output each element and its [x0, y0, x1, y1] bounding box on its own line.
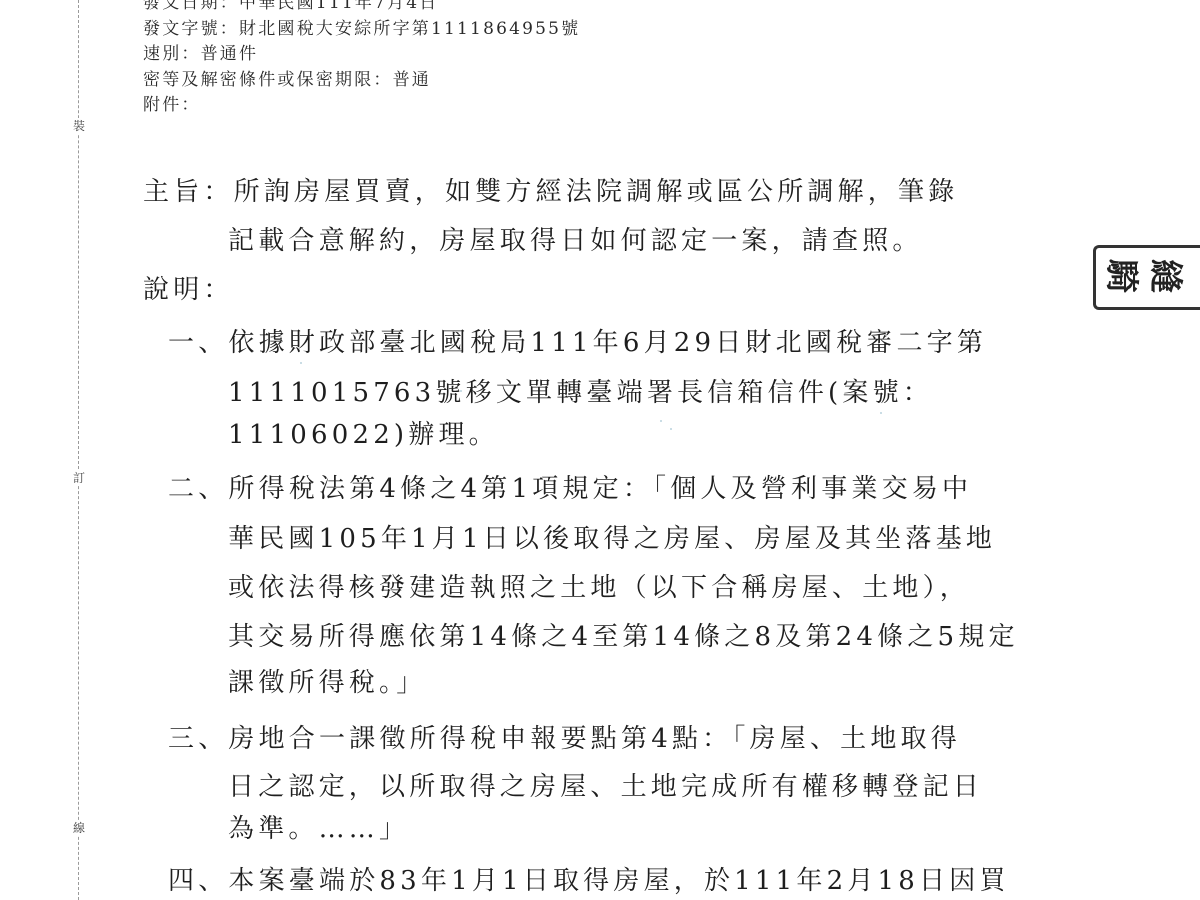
attachments: 附件： [143, 93, 580, 119]
delivery-speed: 速別：普通件 [143, 42, 580, 68]
stamp-char-1: 騎 [1101, 259, 1141, 293]
scan-speck [300, 362, 302, 364]
binding-line [78, 0, 79, 900]
classification-level: 密等及解密條件或保密期限：普通 [143, 68, 580, 94]
item-1-line-2: 1111015763號移文單轉臺端署長信箱信件(案號： [228, 376, 933, 410]
item-3-line-2: 日之認定，以所取得之房屋、土地完成所有權移轉登記日 [228, 770, 983, 804]
item-1-line-1: 一、依據財政部臺北國稅局111年6月29日財北國稅審二字第 [168, 326, 987, 360]
binding-label-ding: 訂 [70, 470, 88, 486]
issue-date: 發文日期：中華民國111年7月4日 [143, 0, 580, 17]
item-4-line-1: 四、本案臺端於83年1月1日取得房屋，於111年2月18日因買 [168, 864, 1010, 898]
item-3-line-1: 三、房地合一課徵所得稅申報要點第4點：「房屋、土地取得 [168, 722, 961, 756]
subject-line-1: 主旨：所詢房屋買賣，如雙方經法院調解或區公所調解，筆錄 [143, 175, 958, 209]
subject-line-2: 記載合意解約，房屋取得日如何認定一案，請查照。 [228, 224, 923, 258]
stamp-char-2: 縫 [1145, 259, 1185, 293]
item-1-line-3: 11106022)辦理。 [228, 418, 499, 452]
scan-speck [880, 412, 882, 414]
item-2-line-2: 華民國105年1月1日以後取得之房屋、房屋及其坐落基地 [228, 522, 996, 556]
item-2-line-4: 其交易所得應依第14條之4至第14條之8及第24條之5規定 [228, 620, 1019, 654]
item-3-line-3: 為準。……」 [228, 812, 409, 846]
document-number: 發文字號：財北國稅大安綜所字第1111864955號 [143, 17, 580, 43]
item-2-line-3: 或依法得核發建造執照之土地（以下合稱房屋、土地）， [228, 571, 970, 605]
item-2-line-5: 課徵所得稅。」 [228, 666, 426, 700]
seam-stamp: 騎 縫 [1093, 245, 1200, 310]
item-2-line-1: 二、所得稅法第4條之4第1項規定：「個人及營利事業交易中 [168, 472, 972, 506]
binding-label-zhuang: 裝 [70, 118, 88, 134]
scan-speck [670, 428, 672, 430]
explanation-heading: 說明： [143, 273, 234, 307]
binding-label-xian: 線 [70, 820, 88, 836]
document-header: 發文日期：中華民國111年7月4日 發文字號：財北國稅大安綜所字第1111864… [143, 0, 580, 119]
scan-speck [660, 420, 662, 422]
scan-speck [460, 390, 462, 392]
